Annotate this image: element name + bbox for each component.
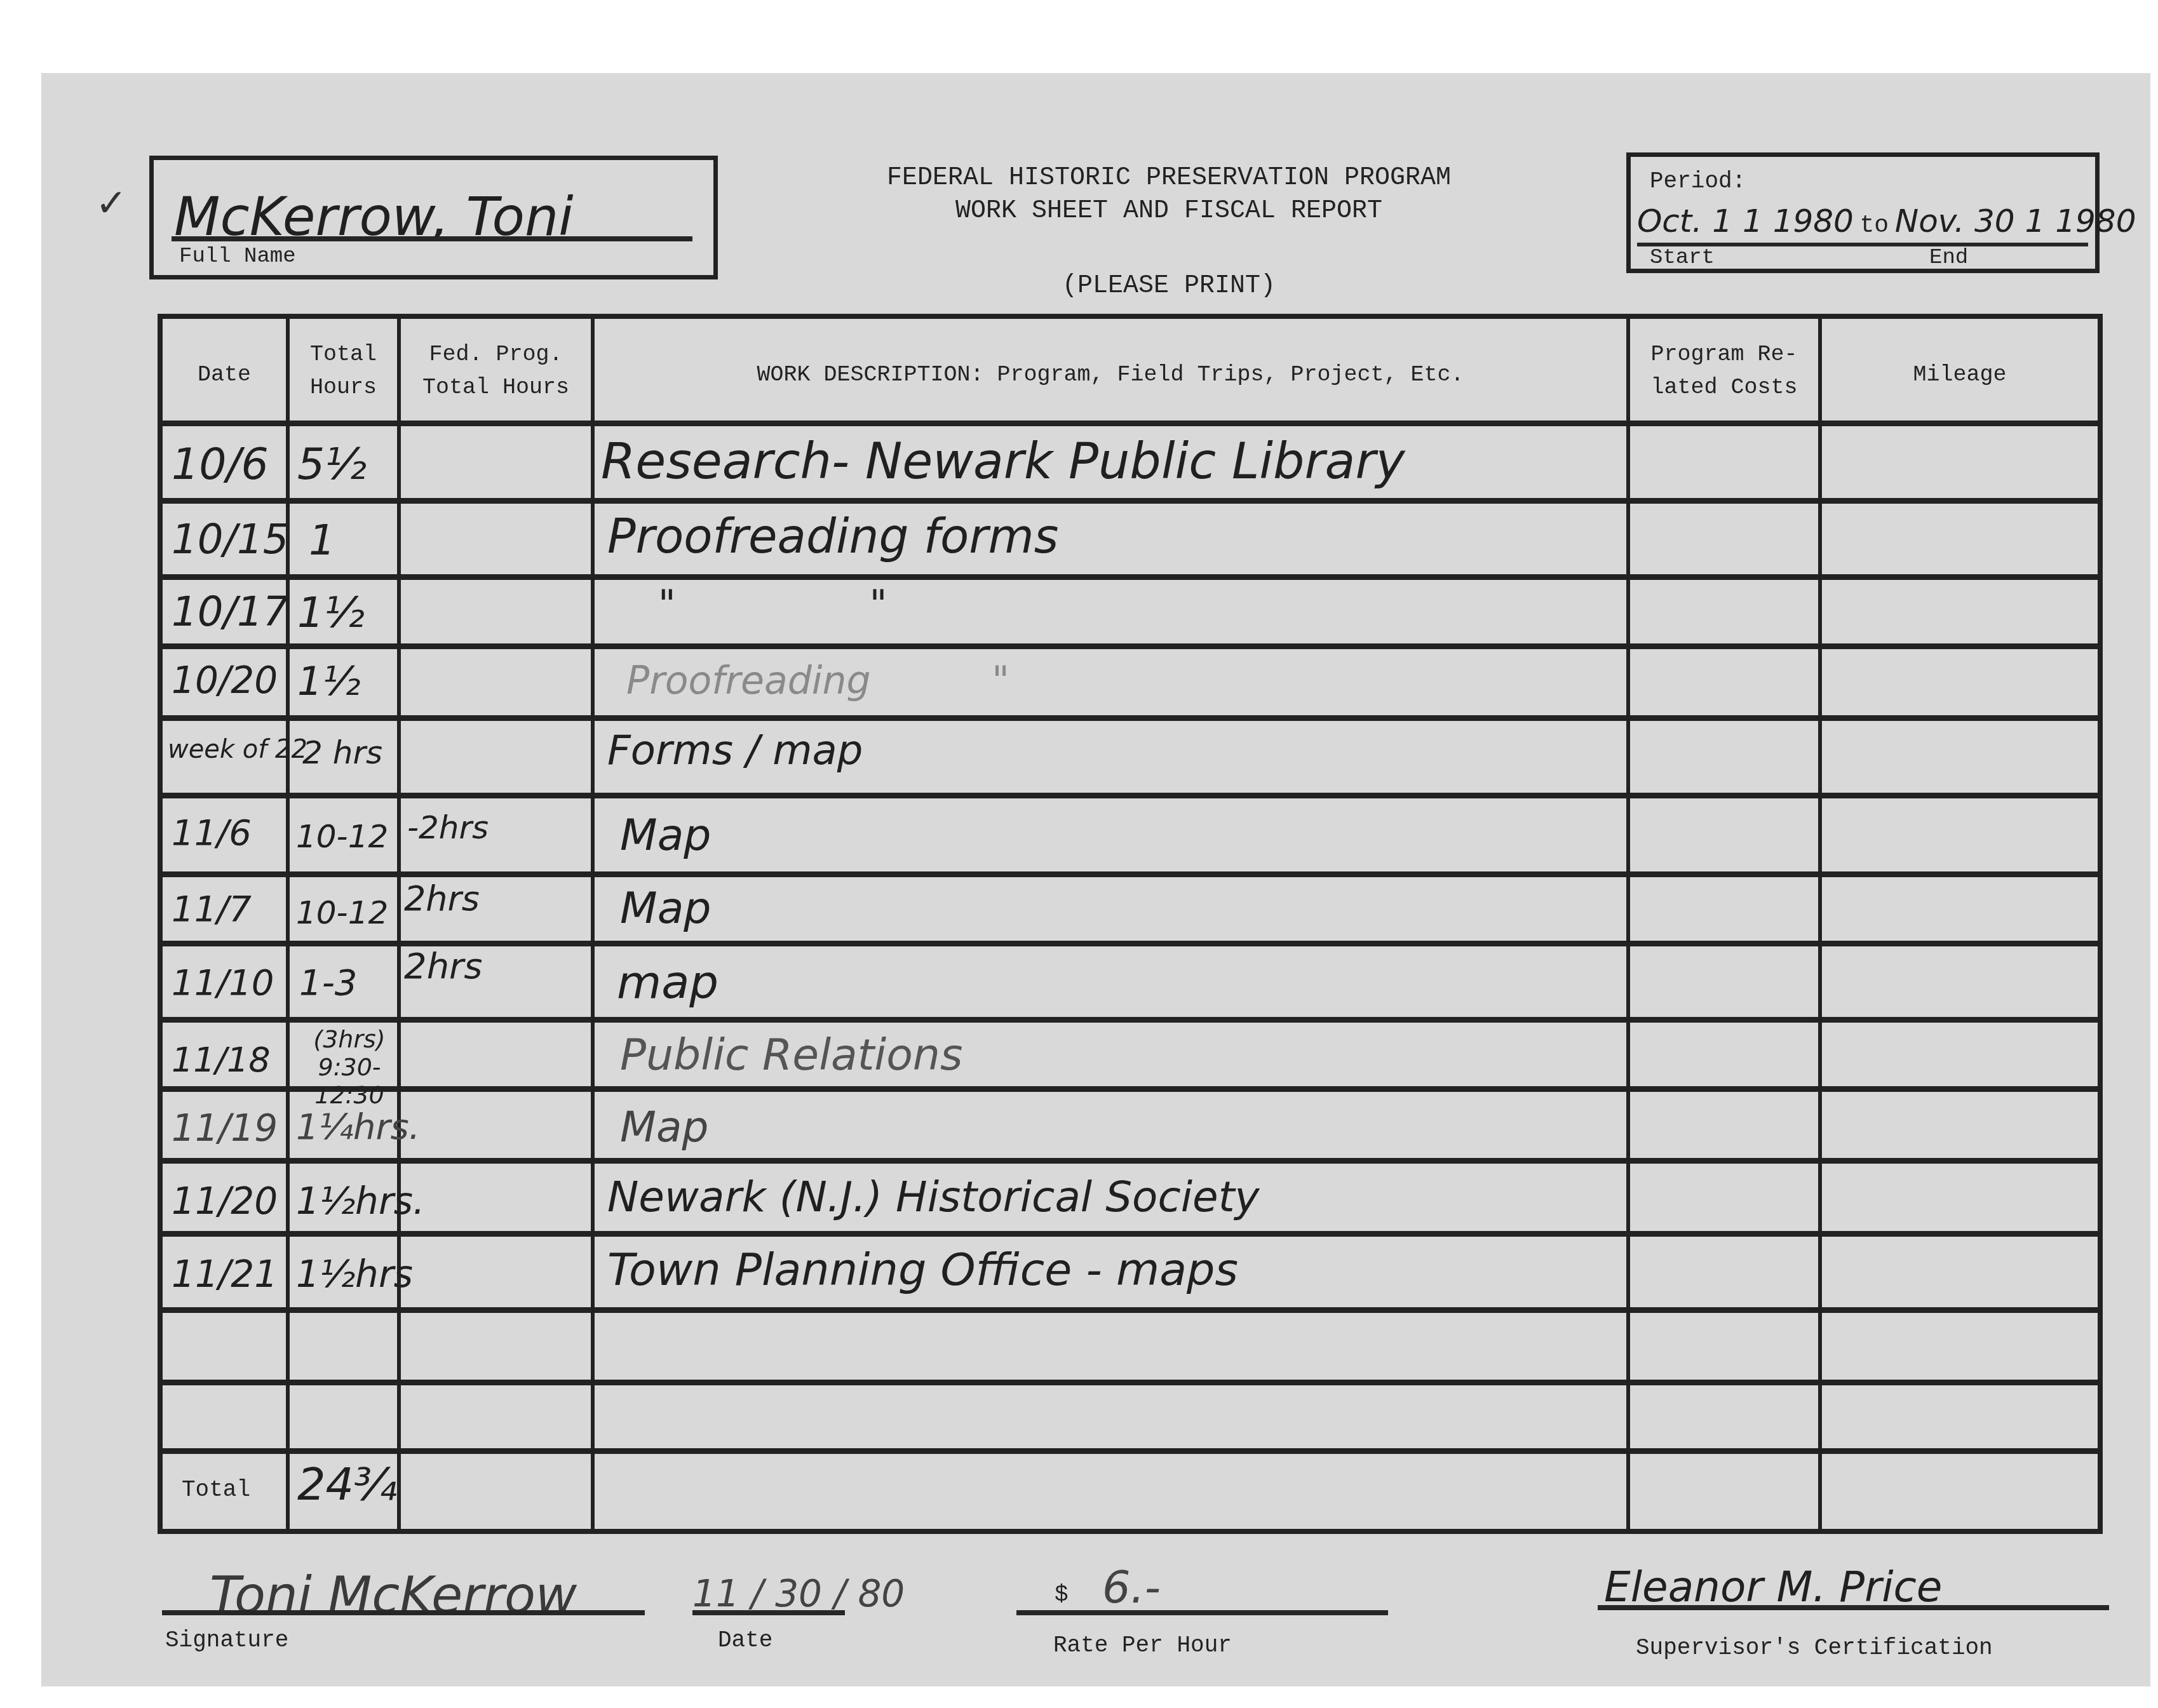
rate-label: Rate Per Hour	[1053, 1632, 1232, 1658]
row-fed-hours[interactable]: -2hrs	[407, 812, 489, 844]
row-total-hours[interactable]: 5½	[297, 443, 367, 487]
rate-currency: $	[1055, 1582, 1069, 1608]
header-total-hours-line2: Hours	[290, 371, 397, 404]
full-name-box: McKerrow, Toni Full Name	[149, 156, 718, 279]
header-costs-line1: Program Re-	[1630, 338, 1818, 371]
row-divider	[163, 1448, 2098, 1454]
period-start-label: Start	[1650, 246, 1715, 270]
header-program-costs: Program Re- lated Costs	[1630, 338, 1818, 404]
row-total-hours[interactable]: 1-3	[299, 965, 357, 1001]
period-connector: to	[1860, 212, 1889, 239]
total-label: Total	[182, 1479, 250, 1502]
row-divider	[163, 1307, 2098, 1313]
check-mark-icon: ✓	[95, 181, 127, 225]
period-end-label: End	[1929, 246, 1968, 270]
header-fed-prog-hours: Fed. Prog. Total Hours	[401, 338, 591, 404]
header-fed-hours-line1: Fed. Prog.	[401, 338, 591, 371]
row-date[interactable]: 11/19	[172, 1110, 278, 1147]
row-divider	[163, 1017, 2098, 1023]
row-divider	[163, 1231, 2098, 1237]
period-start-value[interactable]: Oct. 1 1 1980	[1637, 203, 1854, 239]
work-sheet-table: Date Total Hours Fed. Prog. Total Hours …	[158, 314, 2103, 1534]
header-date: Date	[163, 358, 286, 391]
row-date[interactable]: 10/6	[172, 443, 269, 487]
row-divider	[163, 643, 2098, 649]
row-total-hours[interactable]: 10-12	[296, 897, 388, 929]
row-divider	[163, 1086, 2098, 1092]
period-box: Period: Oct. 1 1 1980 to Nov. 30 1 1980 …	[1626, 152, 2100, 273]
supervisor-label: Supervisor's Certification	[1636, 1635, 1993, 1661]
rate-line	[1016, 1610, 1388, 1615]
row-date[interactable]: 11/10	[172, 965, 274, 1001]
row-date[interactable]: week of 22	[168, 737, 307, 762]
row-description[interactable]: Proofreading "	[626, 662, 1009, 700]
header-costs-line2: lated Costs	[1630, 371, 1818, 404]
row-total-hours[interactable]: 1	[309, 520, 335, 561]
row-fed-hours[interactable]: 2hrs	[404, 949, 482, 985]
header-fed-hours-line2: Total Hours	[401, 371, 591, 404]
row-date[interactable]: 10/20	[172, 662, 278, 699]
row-description[interactable]: Map	[620, 887, 711, 931]
header-total-hours-line1: Total	[290, 338, 397, 371]
date-value[interactable]: 11 / 30 / 80	[692, 1572, 905, 1615]
row-divider	[163, 498, 2098, 504]
row-description[interactable]: Town Planning Office - maps	[607, 1247, 1238, 1292]
row-date[interactable]: 11/7	[172, 892, 252, 927]
row-description[interactable]: Map	[620, 814, 711, 857]
row-date[interactable]: 10/15	[172, 520, 288, 560]
row-divider	[163, 574, 2098, 580]
period-range: Oct. 1 1 1980 to Nov. 30 1 1980	[1637, 203, 2136, 239]
row-date[interactable]: 10/17	[172, 592, 288, 633]
row-description[interactable]: Public Relations	[620, 1034, 962, 1077]
form-title-line1: FEDERAL HISTORIC PRESERVATION PROGRAM	[826, 162, 1512, 195]
supervisor-signature[interactable]: Eleanor M. Price	[1604, 1563, 1942, 1611]
row-description[interactable]: map	[617, 959, 718, 1005]
row-total-hours[interactable]: 1½	[297, 662, 361, 701]
header-mileage: Mileage	[1822, 358, 2098, 391]
row-fed-hours[interactable]: 2hrs	[404, 882, 480, 916]
signature-label: Signature	[165, 1627, 288, 1653]
row-divider	[163, 1380, 2098, 1385]
row-total-hours[interactable]: 1½	[297, 592, 365, 634]
row-description[interactable]: Newark (N.J.) Historical Society	[607, 1176, 1260, 1218]
row-total-hours[interactable]: 2 hrs	[302, 737, 382, 769]
row-description[interactable]: Proofreading forms	[607, 513, 1058, 560]
date-label: Date	[718, 1627, 772, 1653]
row-divider	[163, 871, 2098, 877]
row-description[interactable]: Map	[620, 1106, 708, 1148]
header-work-description: WORK DESCRIPTION: Program, Field Trips, …	[595, 358, 1626, 391]
row-date[interactable]: 11/20	[172, 1183, 278, 1220]
row-divider	[163, 1158, 2098, 1164]
form-title: FEDERAL HISTORIC PRESERVATION PROGRAM WO…	[826, 162, 1512, 228]
row-description[interactable]: Research- Newark Public Library	[601, 437, 1405, 487]
full-name-underline	[172, 236, 692, 241]
signature-value[interactable]: Toni McKerrow	[210, 1566, 577, 1625]
row-description[interactable]: " "	[658, 586, 887, 624]
row-divider	[163, 715, 2098, 721]
row-total-hours[interactable]: 1¼hrs.	[296, 1110, 420, 1145]
row-date[interactable]: 11/21	[172, 1256, 278, 1293]
date-line	[692, 1610, 845, 1615]
form-title-line2: WORK SHEET AND FISCAL REPORT	[826, 195, 1512, 228]
row-total-hours[interactable]: (3hrs) 9:30-12:30	[292, 1025, 407, 1109]
row-date[interactable]: 11/18	[172, 1043, 271, 1077]
row-total-hours[interactable]: 1½hrs.	[296, 1183, 424, 1220]
row-total-hours[interactable]: 10-12	[296, 821, 388, 852]
total-hours-value[interactable]: 24¾	[297, 1462, 397, 1507]
row-divider	[163, 793, 2098, 798]
supervisor-line	[1598, 1605, 2109, 1610]
period-label: Period:	[1650, 168, 1746, 194]
please-print-note: (PLEASE PRINT)	[826, 272, 1512, 300]
period-end-value[interactable]: Nov. 30 1 1980	[1895, 203, 2136, 239]
full-name-label: Full Name	[179, 245, 296, 269]
row-divider	[163, 420, 2098, 426]
row-total-hours[interactable]: 1½hrs	[296, 1256, 413, 1293]
signature-line	[162, 1610, 645, 1615]
row-description[interactable]: Forms / map	[607, 730, 863, 771]
header-total-hours: Total Hours	[290, 338, 397, 404]
row-date[interactable]: 11/6	[172, 816, 252, 851]
rate-value[interactable]: 6.-	[1102, 1561, 1161, 1613]
